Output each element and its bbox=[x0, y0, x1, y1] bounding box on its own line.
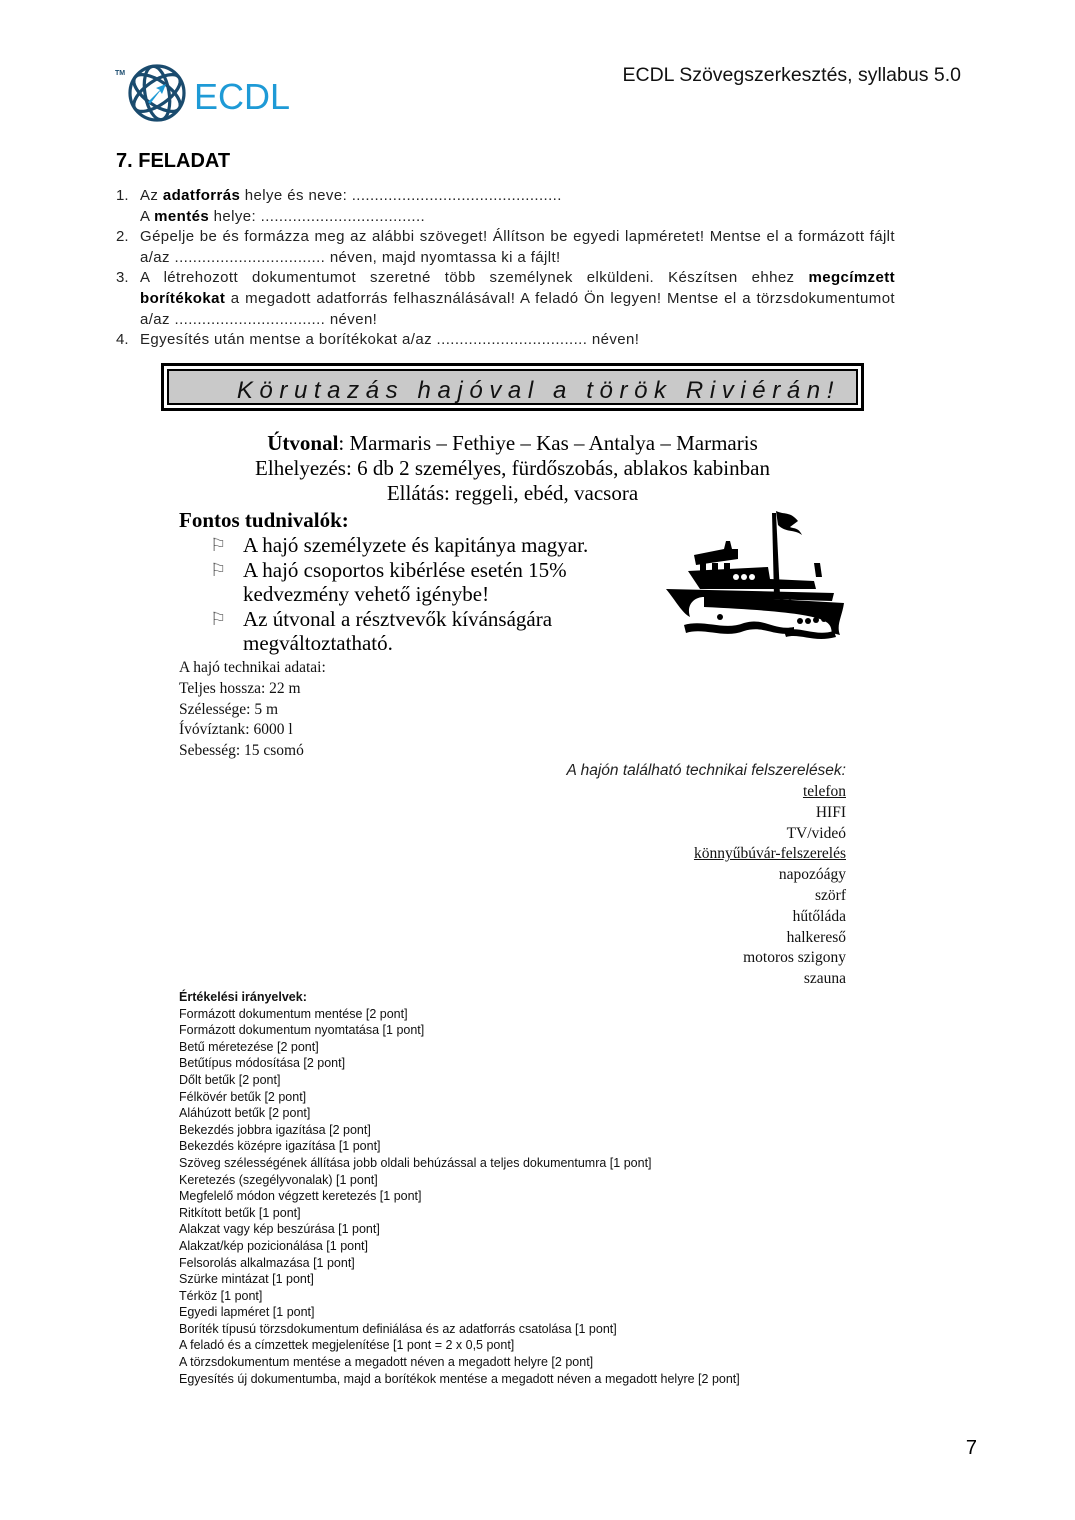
text-run: A bbox=[140, 208, 154, 225]
evaluation-item: Formázott dokumentum nyomtatása [1 pont] bbox=[179, 1022, 740, 1039]
evaluation-section: Értékelési irányelvek: Formázott dokumen… bbox=[179, 989, 740, 1387]
tech-line: Ívóvíztank: 6000 l bbox=[179, 720, 326, 741]
bullet-item: ⚐A hajó csoportos kibérlése esetén 15% k… bbox=[210, 558, 610, 607]
flag-bullet-icon: ⚐ bbox=[210, 607, 243, 656]
evaluation-item: Aláhúzott betűk [2 pont] bbox=[179, 1105, 740, 1122]
evaluation-item: Szürke mintázat [1 pont] bbox=[179, 1271, 740, 1288]
instruction-item: 2.Gépelje be és formázza meg az alábbi s… bbox=[116, 227, 895, 268]
evaluation-item: Megfelelő módon végzett keretezés [1 pon… bbox=[179, 1188, 740, 1205]
equipment-item: szörf bbox=[694, 886, 846, 907]
bullet-text: A hajó személyzete és kapitánya magyar. bbox=[243, 533, 588, 558]
text-run: A létrehozott dokumentumot szeretné több… bbox=[140, 269, 808, 286]
evaluation-item: Alakzat/kép pozicionálása [1 pont] bbox=[179, 1238, 740, 1255]
logo-wordmark: ECDL bbox=[194, 76, 290, 118]
meals-line: Ellátás: reggeli, ebéd, vacsora bbox=[175, 481, 850, 506]
item-text: A létrehozott dokumentumot szeretné több… bbox=[140, 268, 895, 330]
evaluation-title: Értékelési irányelvek: bbox=[179, 989, 740, 1006]
evaluation-item: Formázott dokumentum mentése [2 pont] bbox=[179, 1006, 740, 1023]
tech-line: A hajó technikai adatai: bbox=[179, 658, 326, 679]
important-list: ⚐A hajó személyzete és kapitánya magyar.… bbox=[210, 533, 610, 656]
item-text: A mentés helye: ........................… bbox=[140, 207, 895, 228]
trademark-mark: TM bbox=[115, 70, 125, 77]
equipment-item: motoros szigony bbox=[694, 948, 846, 969]
equipment-item: TV/videó bbox=[694, 824, 846, 845]
ship-image bbox=[664, 505, 849, 645]
text-run: helye: .................................… bbox=[209, 208, 425, 225]
evaluation-item: Dőlt betűk [2 pont] bbox=[179, 1072, 740, 1089]
evaluation-item: Egyedi lapméret [1 pont] bbox=[179, 1304, 740, 1321]
equipment-item: könnyűbúvár-felszerelés bbox=[694, 844, 846, 865]
instruction-item-continued: A mentés helye: ........................… bbox=[116, 207, 895, 228]
item-number: 3. bbox=[116, 268, 140, 330]
banner-title: Körutazás hajóval a török Riviérán! bbox=[237, 377, 840, 405]
instruction-item: 3.A létrehozott dokumentumot szeretné tö… bbox=[116, 268, 895, 330]
text-run: Egyesítés után mentse a borítékokat a/az… bbox=[140, 331, 639, 348]
route-line: Útvonal: Marmaris – Fethiye – Kas – Anta… bbox=[175, 431, 850, 456]
evaluation-items: Formázott dokumentum mentése [2 pont]For… bbox=[179, 1006, 740, 1388]
tech-data: A hajó technikai adatai:Teljes hossza: 2… bbox=[179, 658, 326, 762]
route-value: : Marmaris – Fethiye – Kas – Antalya – M… bbox=[338, 431, 757, 455]
evaluation-item: Boríték típusú törzsdokumentum definiálá… bbox=[179, 1321, 740, 1338]
evaluation-item: Félkövér betűk [2 pont] bbox=[179, 1089, 740, 1106]
bullet-item: ⚐A hajó személyzete és kapitánya magyar. bbox=[210, 533, 610, 558]
evaluation-item: Felsorolás alkalmazása [1 pont] bbox=[179, 1255, 740, 1272]
equipment-item: telefon bbox=[694, 782, 846, 803]
text-run: Gépelje be és formázza meg az alábbi szö… bbox=[140, 228, 895, 266]
banner-inner-frame: Körutazás hajóval a török Riviérán! bbox=[167, 369, 858, 405]
bold-term: adatforrás bbox=[163, 187, 240, 204]
title-banner: Körutazás hajóval a török Riviérán! bbox=[161, 363, 864, 411]
spacer bbox=[116, 207, 140, 228]
evaluation-item: Alakzat vagy kép beszúrása [1 pont] bbox=[179, 1221, 740, 1238]
item-text: Az adatforrás helye és neve: ...........… bbox=[140, 186, 895, 207]
instruction-item: 4.Egyesítés után mentse a borítékokat a/… bbox=[116, 330, 895, 351]
equipment-title: A hajón található technikai felszerelése… bbox=[567, 762, 846, 780]
item-number: 4. bbox=[116, 330, 140, 351]
equipment-list: telefonHIFITV/videókönnyűbúvár-felszerel… bbox=[694, 782, 846, 990]
text-run: a megadott adatforrás felhasználásával! … bbox=[140, 290, 895, 328]
ecdl-logo: TM ECDL bbox=[112, 62, 297, 124]
evaluation-item: Bekezdés középre igazítása [1 pont] bbox=[179, 1138, 740, 1155]
equipment-item: halkereső bbox=[694, 928, 846, 949]
item-number: 2. bbox=[116, 227, 140, 268]
item-text: Gépelje be és formázza meg az alábbi szö… bbox=[140, 227, 895, 268]
evaluation-item: Szöveg szélességének állítása jobb oldal… bbox=[179, 1155, 740, 1172]
evaluation-item: Bekezdés jobbra igazítása [2 pont] bbox=[179, 1122, 740, 1139]
route-label: Útvonal bbox=[267, 431, 338, 455]
text-run: Az bbox=[140, 187, 163, 204]
bold-term: mentés bbox=[154, 208, 209, 225]
bullet-text: A hajó csoportos kibérlése esetén 15% ke… bbox=[243, 558, 610, 607]
evaluation-item: Egyesítés új dokumentumba, majd a boríté… bbox=[179, 1371, 740, 1388]
evaluation-item: A feladó és a címzettek megjelenítése [1… bbox=[179, 1337, 740, 1354]
globe-arrow-icon bbox=[126, 62, 188, 124]
header-title: ECDL Szövegszerkesztés, syllabus 5.0 bbox=[622, 64, 961, 87]
accommodation-line: Elhelyezés: 6 db 2 személyes, fürdőszobá… bbox=[175, 456, 850, 481]
instructions-list: 1.Az adatforrás helye és neve: .........… bbox=[116, 186, 895, 351]
tech-line: Teljes hossza: 22 m bbox=[179, 679, 326, 700]
tech-line: Szélessége: 5 m bbox=[179, 700, 326, 721]
instruction-item: 1.Az adatforrás helye és neve: .........… bbox=[116, 186, 895, 207]
important-title: Fontos tudnivalók: bbox=[179, 508, 349, 533]
item-text: Egyesítés után mentse a borítékokat a/az… bbox=[140, 330, 895, 351]
tech-line: Sebesség: 15 csomó bbox=[179, 741, 326, 762]
evaluation-item: Keretezés (szegélyvonalak) [1 pont] bbox=[179, 1172, 740, 1189]
text-run: helye és neve: .........................… bbox=[240, 187, 562, 204]
bullet-item: ⚐Az útvonal a résztvevők kívánságára meg… bbox=[210, 607, 610, 656]
equipment-item: szauna bbox=[694, 969, 846, 990]
bullet-text: Az útvonal a résztvevők kívánságára megv… bbox=[243, 607, 610, 656]
flag-bullet-icon: ⚐ bbox=[210, 558, 243, 607]
evaluation-item: Ritkított betűk [1 pont] bbox=[179, 1205, 740, 1222]
trip-summary: Útvonal: Marmaris – Fethiye – Kas – Anta… bbox=[175, 431, 850, 506]
item-number: 1. bbox=[116, 186, 140, 207]
evaluation-item: Betű méretezése [2 pont] bbox=[179, 1039, 740, 1056]
page-number: 7 bbox=[966, 1437, 977, 1460]
equipment-item: napozóágy bbox=[694, 865, 846, 886]
evaluation-item: Térköz [1 pont] bbox=[179, 1288, 740, 1305]
flag-bullet-icon: ⚐ bbox=[210, 533, 243, 558]
equipment-item: HIFI bbox=[694, 803, 846, 824]
evaluation-item: Betűtípus módosítása [2 pont] bbox=[179, 1055, 740, 1072]
equipment-item: hűtőláda bbox=[694, 907, 846, 928]
evaluation-item: A törzsdokumentum mentése a megadott név… bbox=[179, 1354, 740, 1371]
task-title: 7. FELADAT bbox=[116, 150, 230, 173]
